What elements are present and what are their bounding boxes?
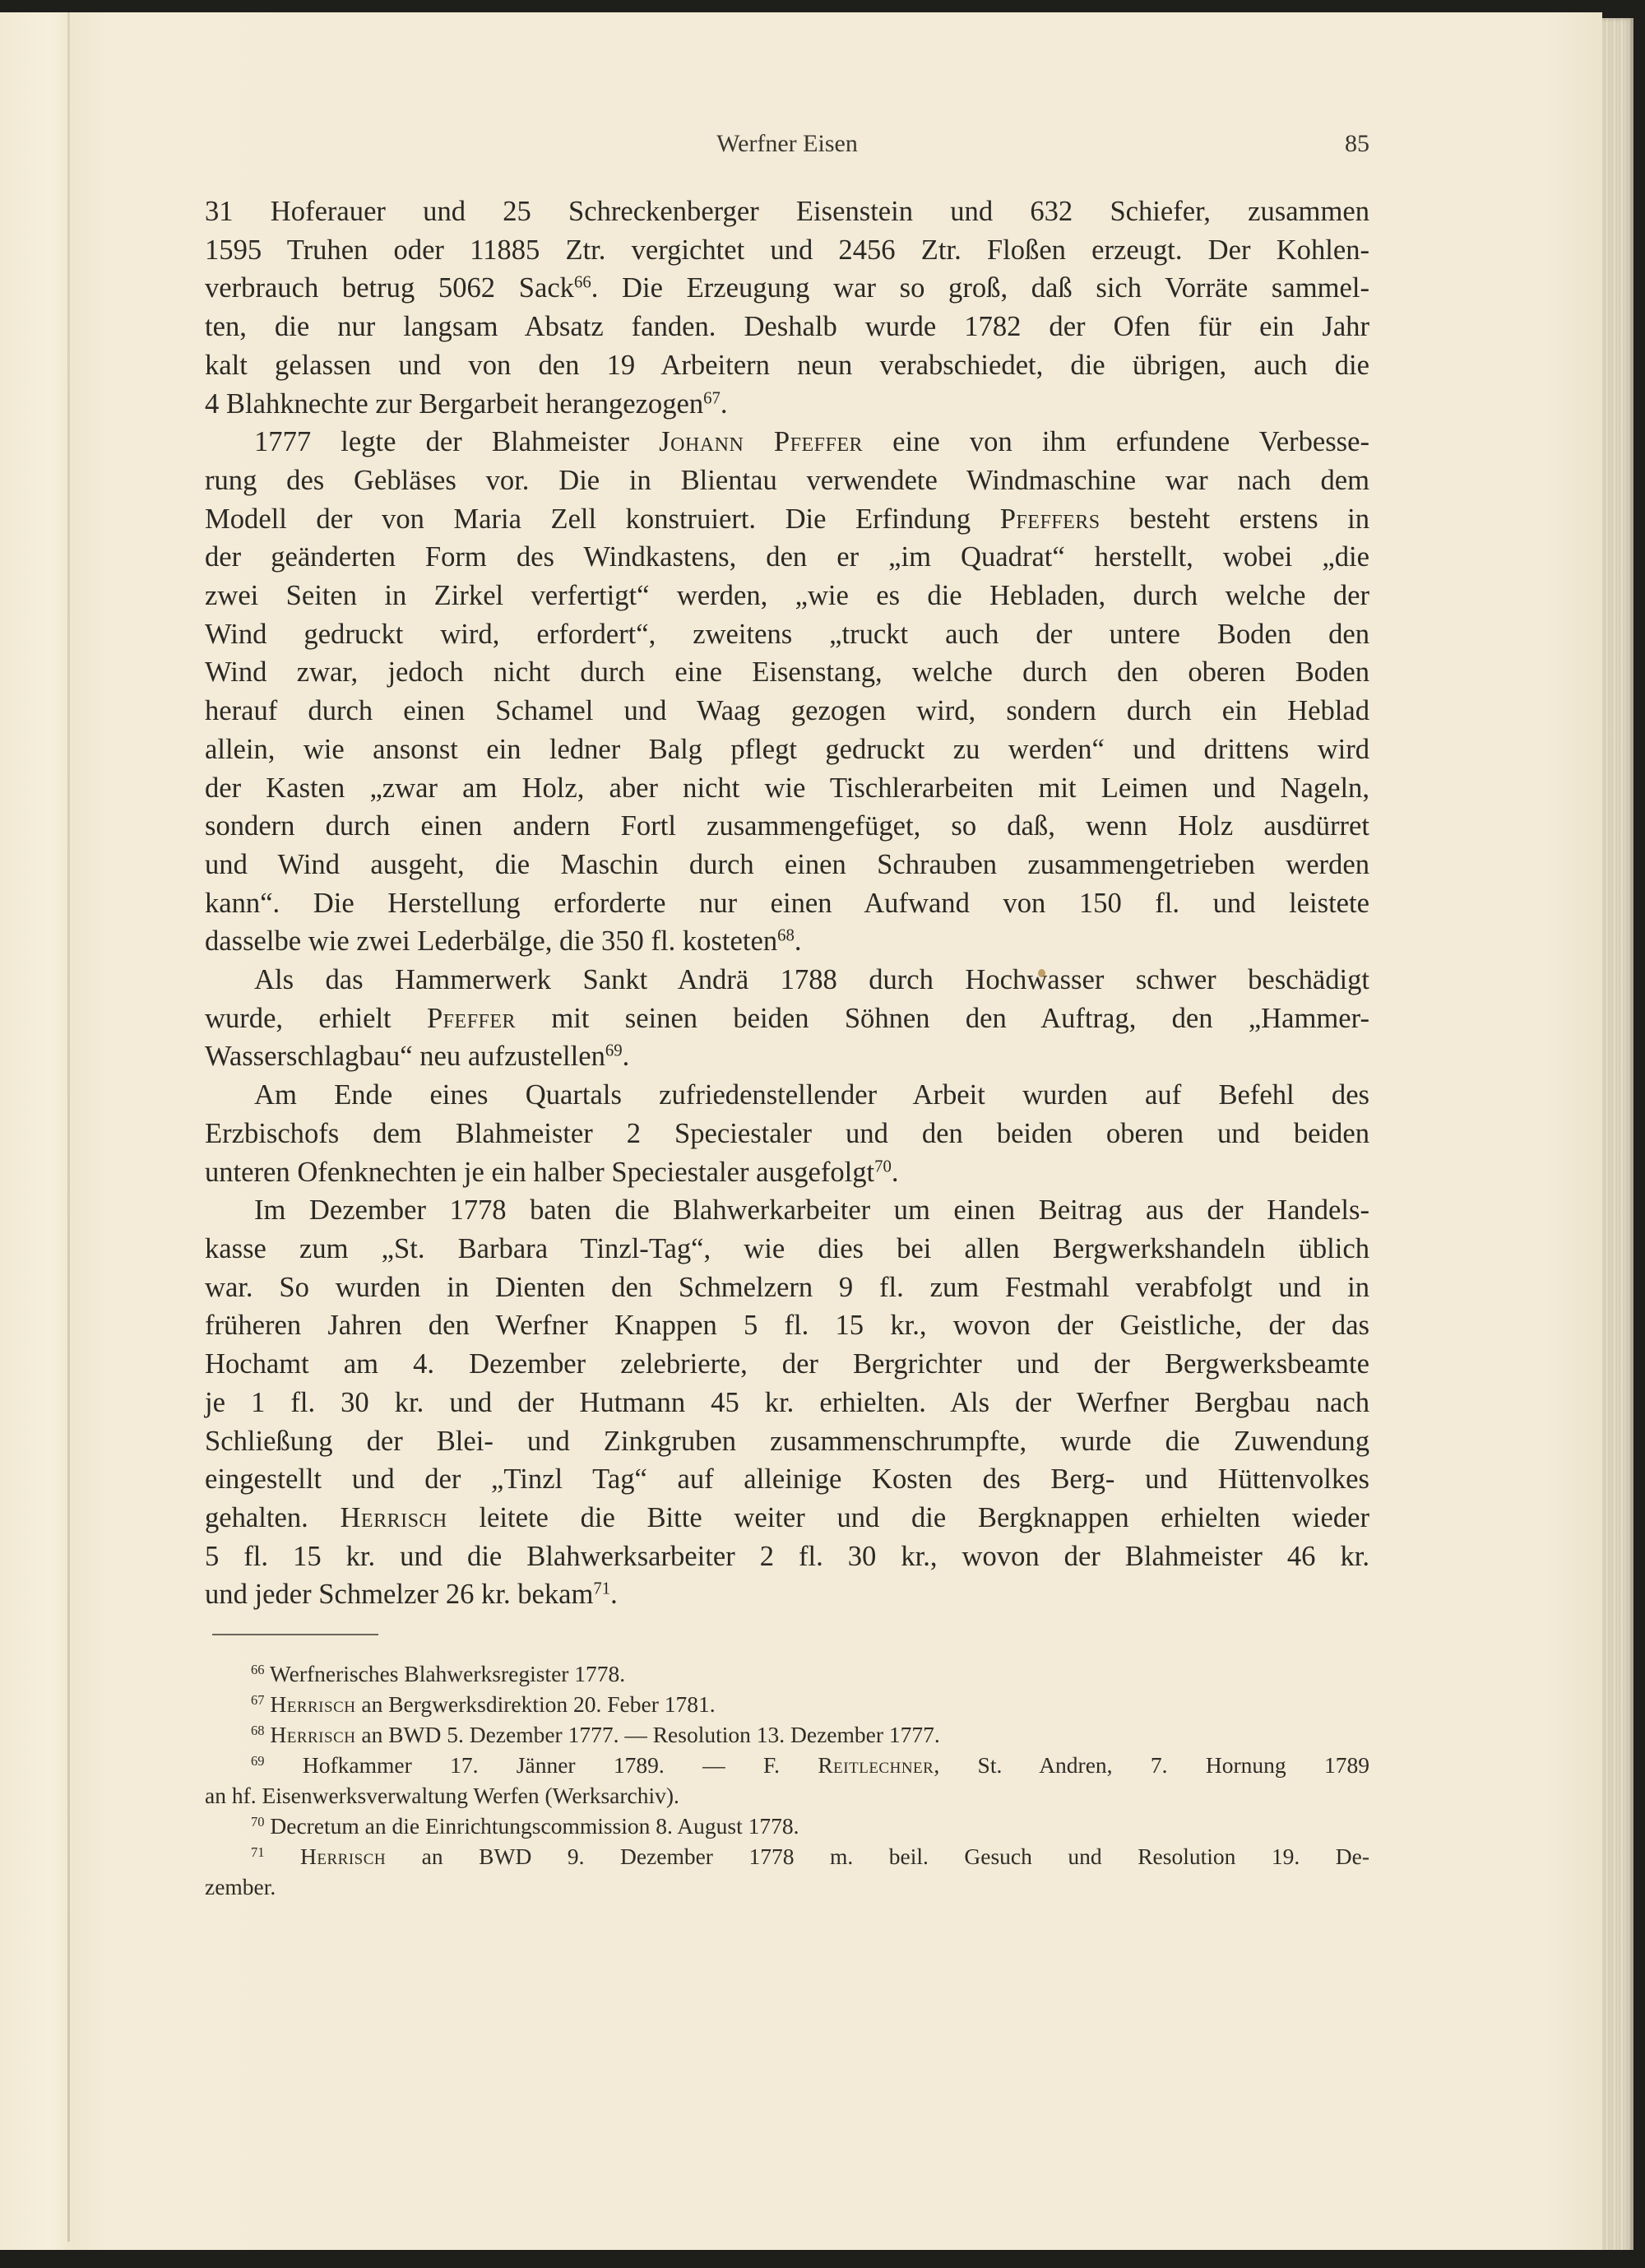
footnote-ref: 71 (593, 1580, 610, 1598)
text-line: gehalten. Herrisch leitete die Bitte wei… (205, 1499, 1369, 1538)
paragraph: Als das Hammerwerk Sankt Andrä 1788 durc… (205, 961, 1369, 1076)
paragraph: Am Ende eines Quartals zufriedenstellend… (205, 1076, 1369, 1191)
person-name: Pfeffer (427, 1003, 516, 1034)
text-line: kann“. Die Herstellung erforderte nur ei… (205, 884, 1369, 923)
text-line: zwei Seiten in Zirkel verfertigt“ werden… (205, 577, 1369, 615)
footnote-line: 70 Decretum an die Einrichtungscommissio… (205, 1811, 1369, 1841)
text-line: rung des Gebläses vor. Die in Blientau v… (205, 461, 1369, 500)
text-line: der Kasten „zwar am Holz, aber nicht wie… (205, 769, 1369, 808)
footnote-69: 69 Hofkammer 17. Jänner 1789. — F. Reitl… (205, 1750, 1369, 1811)
person-name: Johann Pfeffer (659, 426, 863, 457)
footnote-ref: 69 (605, 1042, 623, 1060)
footnote-number: 69 (251, 1753, 265, 1769)
person-name: Herrisch (270, 1691, 355, 1717)
text-line: unteren Ofenknechten je ein halber Speci… (205, 1153, 1369, 1192)
text-line: Schließung der Blei- und Zinkgruben zusa… (205, 1422, 1369, 1461)
scan-background (0, 2250, 1645, 2268)
page-number: 85 (1345, 130, 1369, 158)
footnote-ref: 66 (574, 274, 591, 292)
person-name: Pfeffers (1000, 503, 1101, 535)
text-line: kalt gelassen und von den 19 Arbeitern n… (205, 346, 1369, 385)
text-line: verbrauch betrug 5062 Sack66. Die Erzeug… (205, 269, 1369, 308)
footnote-line: 69 Hofkammer 17. Jänner 1789. — F. Reitl… (205, 1750, 1369, 1780)
text-line: 1595 Truhen oder 11885 Ztr. vergichtet u… (205, 231, 1369, 270)
text-line: 5 fl. 15 kr. und die Blahwerksarbeiter 2… (205, 1538, 1369, 1576)
footnote-number: 67 (251, 1692, 265, 1708)
binding-gutter (67, 12, 70, 2242)
text-line: herauf durch einen Schamel und Waag gezo… (205, 692, 1369, 730)
text-line: dasselbe wie zwei Lederbälge, die 350 fl… (205, 922, 1369, 961)
text-line: ten, die nur langsam Absatz fanden. Desh… (205, 308, 1369, 346)
footnote-line: an hf. Eisenwerksverwaltung Werfen (Werk… (205, 1780, 1369, 1811)
text-line: war. So wurden in Dienten den Schmelzern… (205, 1269, 1369, 1307)
paper-stain (1038, 969, 1045, 977)
person-name: Herrisch (270, 1722, 355, 1747)
person-name: Reitlechner (818, 1752, 934, 1778)
text-line: der geänderten Form des Windkastens, den… (205, 538, 1369, 577)
paragraph: 1777 legte der Blahmeister Johann Pfeffe… (205, 423, 1369, 961)
footnote-number: 71 (251, 1844, 265, 1860)
footnote-line: zember. (205, 1871, 1369, 1902)
footnote-68: 68 Herrisch an BWD 5. Dezember 1777. — R… (205, 1719, 1369, 1750)
text-line: 4 Blahknechte zur Bergarbeit herangezoge… (205, 385, 1369, 424)
text-line: allein, wie ansonst ein ledner Balg pfle… (205, 730, 1369, 769)
footnote-ref: 70 (874, 1157, 892, 1176)
text-line: Modell der von Maria Zell konstruiert. D… (205, 500, 1369, 539)
paragraph: 31 Hoferauer und 25 Schreckenberger Eise… (205, 192, 1369, 423)
text-line: Im Dezember 1778 baten die Blahwerkarbei… (205, 1191, 1369, 1230)
footnote-ref: 68 (777, 927, 795, 945)
footnote-66: 66 Werfnerisches Blahwerksregister 1778. (205, 1658, 1369, 1689)
page-edges (1602, 18, 1633, 2254)
footnotes: 66 Werfnerisches Blahwerksregister 1778.… (205, 1658, 1369, 1902)
footnote-number: 66 (251, 1662, 265, 1677)
text-line: früheren Jahren den Werfner Knappen 5 fl… (205, 1306, 1369, 1345)
text-line: Wind zwar, jedoch nicht durch eine Eisen… (205, 653, 1369, 692)
running-head-title: Werfner Eisen (205, 130, 1369, 158)
footnote-line: 68 Herrisch an BWD 5. Dezember 1777. — R… (205, 1719, 1369, 1750)
footnote-ref: 67 (703, 389, 721, 407)
text-line: und Wind ausgeht, die Maschin durch eine… (205, 846, 1369, 884)
text-line: wurde, erhielt Pfeffer mit seinen beiden… (205, 999, 1369, 1038)
footnote-71: 71 Herrisch an BWD 9. Dezember 1778 m. b… (205, 1841, 1369, 1902)
text-line: 1777 legte der Blahmeister Johann Pfeffe… (205, 423, 1369, 461)
footnote-line: 66 Werfnerisches Blahwerksregister 1778. (205, 1658, 1369, 1689)
footnote-number: 70 (251, 1814, 265, 1830)
text-line: Erzbischofs dem Blahmeister 2 Speciestal… (205, 1115, 1369, 1153)
text-line: eingestellt und der „Tinzl Tag“ auf alle… (205, 1460, 1369, 1499)
footnote-line: 71 Herrisch an BWD 9. Dezember 1778 m. b… (205, 1841, 1369, 1871)
footnote-70: 70 Decretum an die Einrichtungscommissio… (205, 1811, 1369, 1841)
footnote-line: 67 Herrisch an Bergwerksdirektion 20. Fe… (205, 1689, 1369, 1719)
person-name: Herrisch (300, 1844, 386, 1869)
text-line: 31 Hoferauer und 25 Schreckenberger Eise… (205, 192, 1369, 231)
footnote-number: 68 (251, 1723, 265, 1738)
person-name: Herrisch (340, 1502, 447, 1533)
text-line: Wasserschlagbau“ neu aufzustellen69. (205, 1037, 1369, 1076)
text-line: Hochamt am 4. Dezember zelebrierte, der … (205, 1345, 1369, 1384)
text-line: Als das Hammerwerk Sankt Andrä 1788 durc… (205, 961, 1369, 999)
text-line: je 1 fl. 30 kr. und der Hutmann 45 kr. e… (205, 1384, 1369, 1422)
running-head: Werfner Eisen 85 (205, 130, 1369, 163)
footnote-rule (212, 1634, 378, 1635)
text-line: Am Ende eines Quartals zufriedenstellend… (205, 1076, 1369, 1115)
footnote-67: 67 Herrisch an Bergwerksdirektion 20. Fe… (205, 1689, 1369, 1719)
text-line: sondern durch einen andern Fortl zusamme… (205, 807, 1369, 846)
paragraph: Im Dezember 1778 baten die Blahwerkarbei… (205, 1191, 1369, 1614)
body-text: 31 Hoferauer und 25 Schreckenberger Eise… (205, 192, 1369, 1614)
text-line: Wind gedruckt wird, erfordert“, zweitens… (205, 615, 1369, 654)
text-line: und jeder Schmelzer 26 kr. bekam71. (205, 1575, 1369, 1614)
text-line: kasse zum „St. Barbara Tinzl-Tag“, wie d… (205, 1230, 1369, 1269)
